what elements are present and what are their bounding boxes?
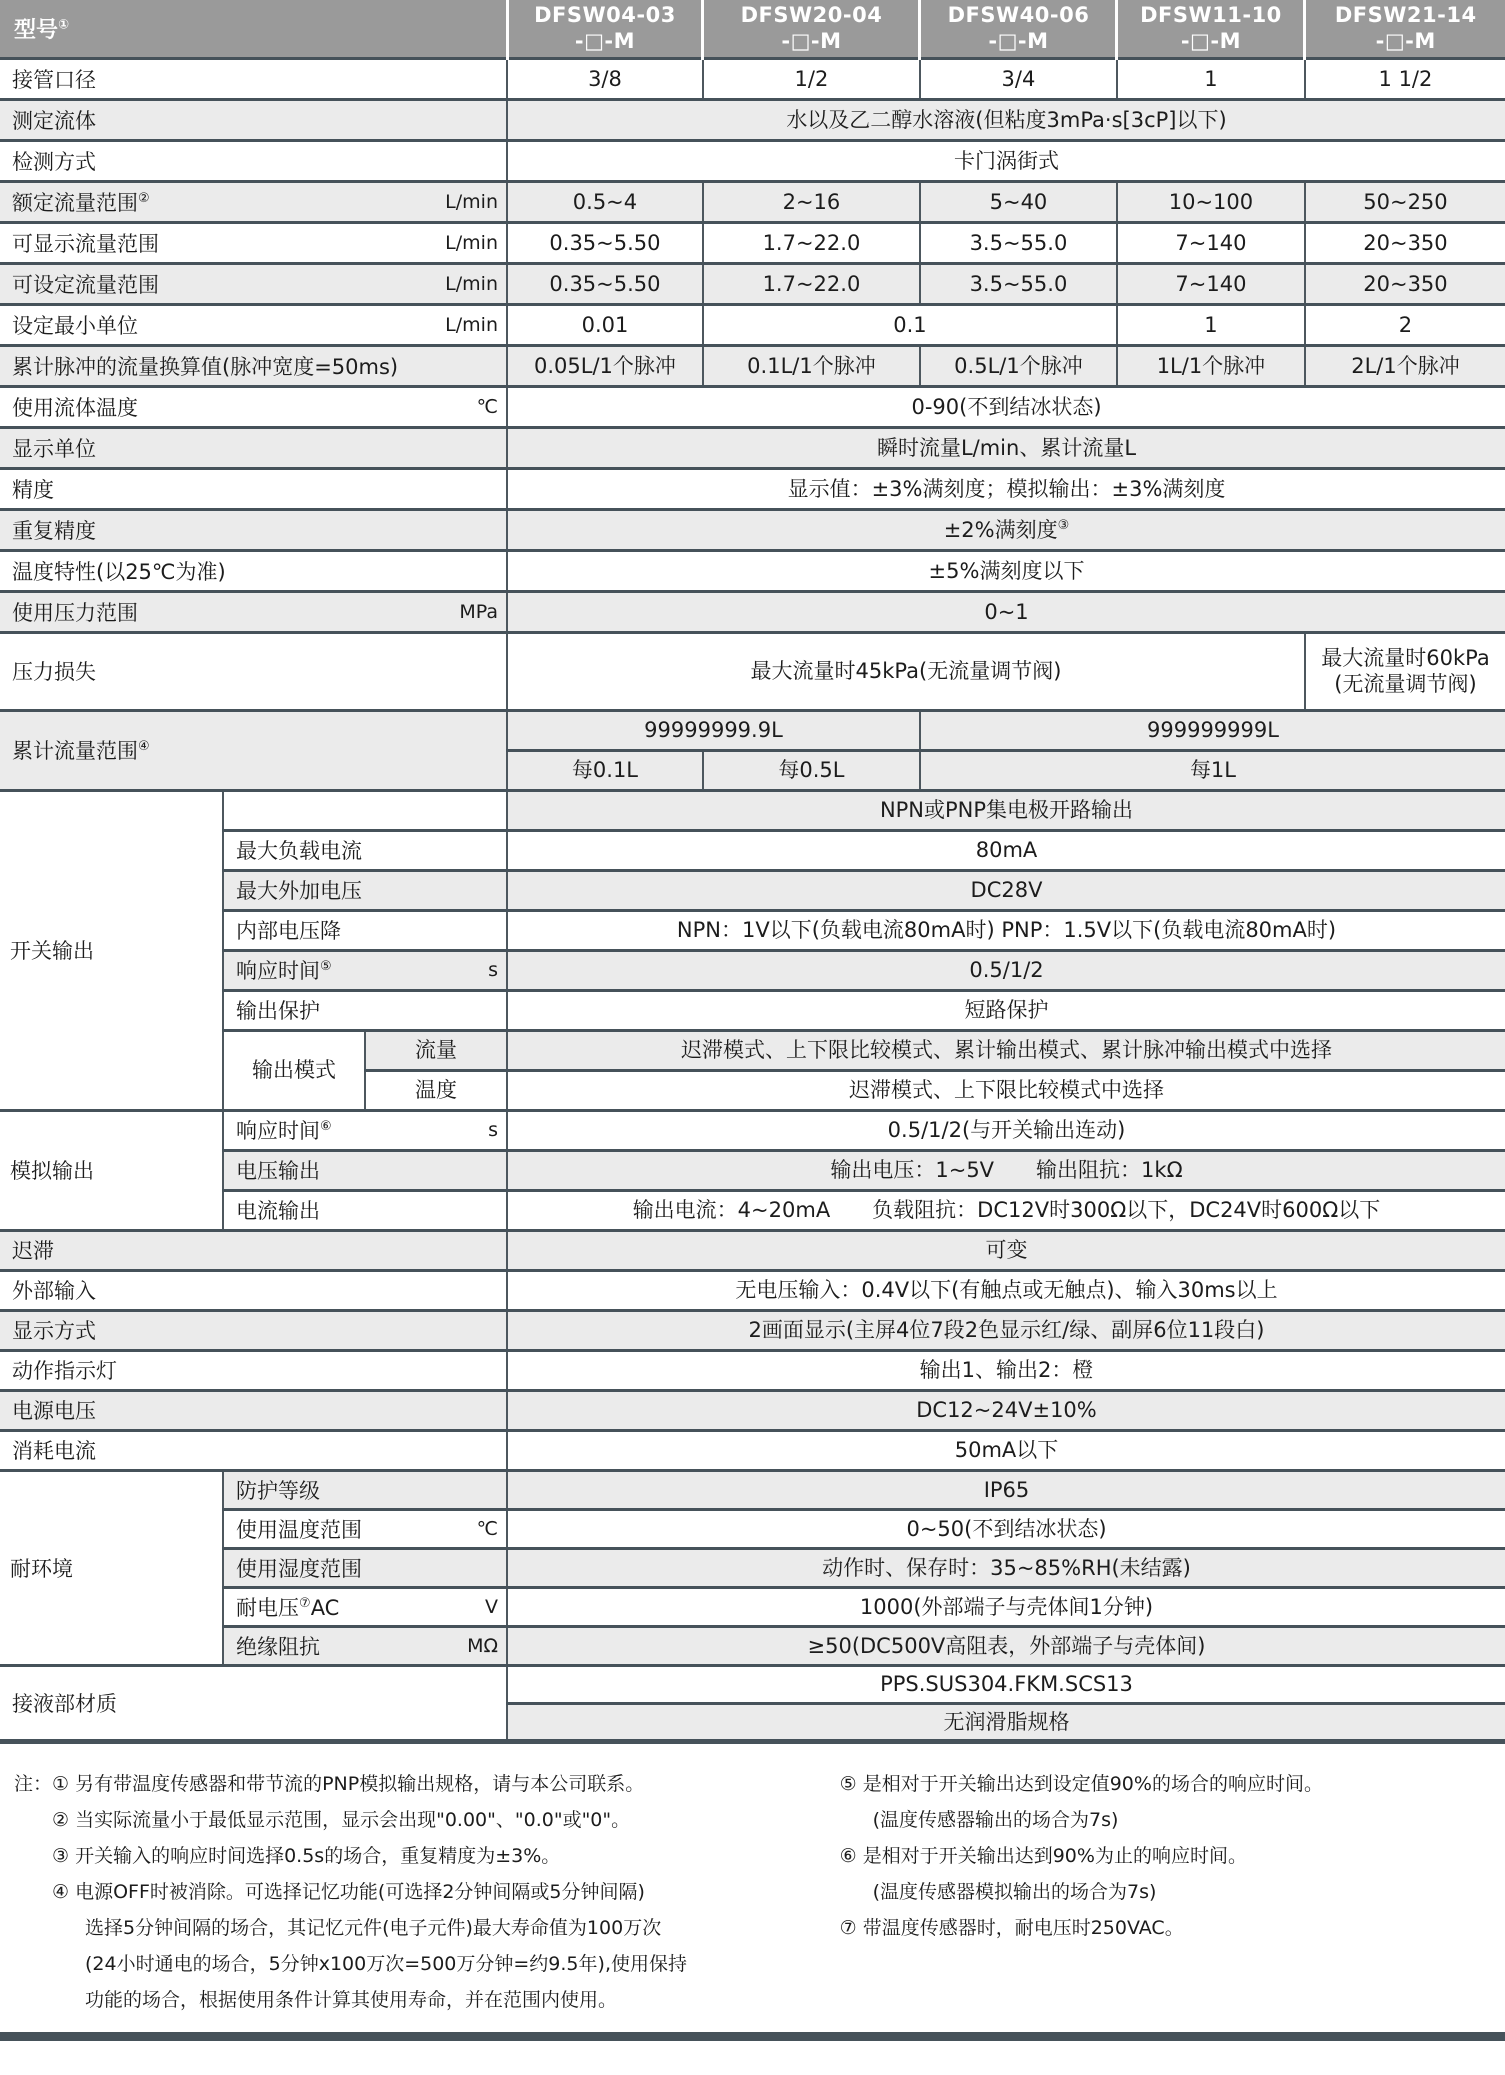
unit-label: L/min — [445, 273, 498, 295]
cell-main-text: ±5%满刻度以下 — [929, 559, 1085, 583]
cell-main-text: ±2%满刻度 — [944, 518, 1058, 542]
cell-main-text: 累计流量范围 — [12, 739, 138, 763]
footnote-item: ④ 电源OFF时被消除。可选择记忆功能(可选择2分钟间隔或5分钟间隔)选择5分钟… — [52, 1874, 798, 2018]
cell-content: 0.5/1/2(与开关输出连动) — [888, 1118, 1126, 1142]
cell-content: 2L/1个脉冲 — [1351, 354, 1460, 378]
cell-content: 检测方式 — [0, 146, 506, 176]
footnote-line: ④ 电源OFF时被消除。可选择记忆功能(可选择2分钟间隔或5分钟间隔) — [52, 1874, 798, 1910]
cell-text: 2L/1个脉冲 — [1351, 354, 1460, 378]
cell-content: 使用流体温度℃ — [0, 392, 506, 422]
row-label: 使用压力范围MPa — [0, 591, 507, 632]
footnote-text: 电源OFF时被消除。可选择记忆功能(可选择2分钟间隔或5分钟间隔) — [75, 1881, 645, 1903]
footnote-ref: ① — [58, 17, 69, 32]
footnote-item: ③ 开关输入的响应时间选择0.5s的场合，重复精度为±3%。 — [52, 1838, 798, 1874]
cell-text: 模拟输出 — [10, 1159, 94, 1183]
table-row: 累计脉冲的流量换算值(脉冲宽度=50ms)0.05L/1个脉冲0.1L/1个脉冲… — [0, 345, 1505, 386]
cell-main-text: 流量 — [415, 1038, 457, 1062]
model-suffix: -□-M — [1118, 28, 1303, 54]
cell-content: 1/2 — [795, 67, 829, 91]
cell-text: 2 — [1399, 313, 1412, 337]
cell-main-text: 精度 — [12, 478, 54, 502]
model-suffix: -□-M — [509, 28, 702, 54]
cell-main-text: 每1L — [1190, 758, 1236, 782]
table-row: 迟滞可变 — [0, 1230, 1505, 1270]
cell-content: 输出模式 — [252, 1058, 336, 1082]
cell-text: 每1L — [1190, 758, 1236, 782]
cell-main-text: 额定流量范围 — [12, 191, 138, 215]
cell-text: 开关输出 — [10, 939, 94, 963]
cell-main-text: 0.05L/1个脉冲 — [534, 354, 676, 378]
footnote-line: ⑦ 带温度传感器时，耐电压时250VAC。 — [840, 1910, 1505, 1946]
cell-text: 20~350 — [1363, 231, 1447, 255]
cell-text: 输出模式 — [252, 1058, 336, 1082]
spec-value: 50mA以下 — [507, 1430, 1505, 1470]
cell-text: 50mA以下 — [955, 1438, 1059, 1462]
spec-value: 5~40 — [920, 181, 1117, 222]
model-column-header: DFSW11-10-□-M — [1117, 0, 1305, 58]
cell-main-text: 压力损失 — [12, 660, 96, 684]
cell-main-text: IP65 — [984, 1478, 1030, 1502]
cell-content: 1 1/2 — [1379, 67, 1433, 91]
cell-main-text: DC28V — [971, 878, 1043, 902]
row-label: 外部输入 — [0, 1270, 507, 1310]
cell-content: 1.7~22.0 — [763, 231, 861, 255]
spec-value: 7~140 — [1117, 222, 1305, 263]
cell-content: 显示方式 — [0, 1315, 506, 1345]
spec-value: 输出电流：4~20mA 负载阻抗：DC12V时300Ω以下，DC24V时600Ω… — [507, 1190, 1505, 1230]
cell-text: 可变 — [986, 1238, 1028, 1262]
table-row: 外部输入无电压输入：0.4V以下(有触点或无触点)、输入30ms以上 — [0, 1270, 1505, 1310]
spec-value: 2画面显示(主屏4位7段2色显示红/绿、副屏6位11段白) — [507, 1310, 1505, 1350]
cell-content: 80mA — [976, 838, 1038, 862]
spec-value: 3/4 — [920, 58, 1117, 99]
table-row: 输出模式流量迟滞模式、上下限比较模式、累计输出模式、累计脉冲输出模式中选择 — [0, 1030, 1505, 1070]
spec-value: 无电压输入：0.4V以下(有触点或无触点)、输入30ms以上 — [507, 1270, 1505, 1310]
cell-text: 无润滑脂规格 — [944, 1710, 1070, 1734]
cell-content: 开关输出 — [0, 935, 222, 965]
cell-main-text: 99999999.9L — [644, 718, 783, 742]
cell-text: 可设定流量范围 — [12, 269, 159, 299]
cell-content: 3/8 — [588, 67, 622, 91]
cell-main-text: 输出电流：4~20mA 负载阻抗：DC12V时300Ω以下，DC24V时600Ω… — [633, 1198, 1381, 1222]
cell-main-text: 迟滞模式、上下限比较模式、累计输出模式、累计脉冲输出模式中选择 — [681, 1038, 1332, 1062]
row-label: 压力损失 — [0, 632, 507, 710]
table-row: 内部电压降NPN：1V以下(负载电流80mA时) PNP：1.5V以下(负载电流… — [0, 910, 1505, 950]
section-label: 开关输出 — [0, 790, 223, 1110]
cell-main-text: 接管口径 — [12, 68, 96, 92]
unit-label: ℃ — [477, 396, 498, 418]
footnote-text: (24小时通电的场合，5分钟x100万次=500万分钟=约9.5年),使用保持 — [52, 1946, 798, 1982]
cell-content: 电压输出 — [224, 1155, 506, 1185]
footnote-ref: ⑤ — [320, 959, 332, 974]
cell-content: 2 — [1399, 313, 1412, 337]
footnote-item: ⑥ 是相对于开关输出达到90%为止的响应时间。(温度传感器模拟输出的场合为7s) — [840, 1838, 1505, 1910]
table-row: 绝缘阻抗MΩ≥50(DC500V高阻表，外部端子与壳体间) — [0, 1626, 1505, 1665]
row-label: 测定流体 — [0, 99, 507, 140]
table-row: 额定流量范围②L/min0.5~42~165~4010~10050~250 — [0, 181, 1505, 222]
cell-text: PPS.SUS304.FKM.SCS13 — [880, 1672, 1133, 1696]
cell-text: 0.1 — [893, 313, 926, 337]
cell-content: NPN：1V以下(负载电流80mA时) PNP：1.5V以下(负载电流80mA时… — [677, 918, 1336, 942]
cell-main-text: 耐环境 — [10, 1557, 73, 1581]
cell-content: 0.5~4 — [573, 190, 637, 214]
table-row: 最大外加电压DC28V — [0, 870, 1505, 910]
cell-content: 20~350 — [1363, 231, 1447, 255]
table-row: 接液部材质PPS.SUS304.FKM.SCS13 — [0, 1665, 1505, 1703]
cell-text: 1 — [1204, 67, 1217, 91]
cell-content: 可设定流量范围L/min — [0, 269, 506, 299]
cell-text: 动作时、保存时：35~85%RH(未结露) — [822, 1556, 1191, 1580]
notes-prefix: 注： — [0, 1766, 52, 2018]
cell-line: 最大流量时60kPa — [1306, 645, 1505, 671]
footnote-item: ⑤ 是相对于开关输出达到设定值90%的场合的响应时间。(温度传感器输出的场合为7… — [840, 1766, 1505, 1838]
cell-main-text: 1 — [1204, 313, 1217, 337]
spec-value: 无润滑脂规格 — [507, 1703, 1505, 1741]
cell-text: 设定最小单位 — [12, 310, 138, 340]
cell-main-text: 10~100 — [1169, 190, 1253, 214]
cell-text: 温度 — [415, 1078, 457, 1102]
cell-main-text: 累计脉冲的流量换算值(脉冲宽度=50ms) — [12, 355, 398, 379]
row-label: 耐电压⑦ACV — [223, 1587, 507, 1626]
cell-main-text: 显示单位 — [12, 437, 96, 461]
row-label: 累计脉冲的流量换算值(脉冲宽度=50ms) — [0, 345, 507, 386]
spec-value: 1000(外部端子与壳体间1分钟) — [507, 1587, 1505, 1626]
cell-content: 响应时间⑤s — [224, 955, 506, 985]
spec-value: 10~100 — [1117, 181, 1305, 222]
table-row: 耐环境防护等级IP65 — [0, 1470, 1505, 1509]
cell-main-text: 1L/1个脉冲 — [1157, 354, 1266, 378]
cell-text: 3/4 — [1002, 67, 1036, 91]
cell-content: 动作指示灯 — [0, 1355, 506, 1385]
cell-main-text: 瞬时流量L/min、累计流量L — [877, 436, 1136, 460]
row-label: 输出保护 — [223, 990, 507, 1030]
cell-text: 卡门涡街式 — [954, 149, 1059, 173]
cell-text: 0.05L/1个脉冲 — [534, 354, 676, 378]
footnote-ref: ④ — [138, 739, 150, 754]
cell-content: 最大流量时60kPa(无流量调节阀) — [1306, 645, 1505, 697]
footnote-text: (温度传感器模拟输出的场合为7s) — [840, 1874, 1505, 1910]
row-label: 消耗电流 — [0, 1430, 507, 1470]
cell-text: 1L/1个脉冲 — [1157, 354, 1266, 378]
cell-main-text: 电流输出 — [236, 1199, 320, 1223]
cell-content: 测定流体 — [0, 105, 506, 135]
cell-text: 最大外加电压 — [236, 879, 362, 903]
table-row: 动作指示灯输出1、输出2：橙 — [0, 1350, 1505, 1390]
cell-text: 1 — [1204, 313, 1217, 337]
table-row: 开关输出NPN或PNP集电极开路输出 — [0, 790, 1505, 830]
cell-content: 3/4 — [1002, 67, 1036, 91]
cell-content: 迟滞模式、上下限比较模式中选择 — [849, 1078, 1164, 1102]
table-row: 接管口径3/81/23/411 1/2 — [0, 58, 1505, 99]
cell-text: 瞬时流量L/min、累计流量L — [877, 436, 1136, 460]
cell-text: 最大流量时60kPa(无流量调节阀) — [1306, 645, 1505, 697]
spec-value: 1L/1个脉冲 — [1117, 345, 1305, 386]
cell-content: 外部输入 — [0, 1275, 506, 1305]
cell-main-text: 50~250 — [1363, 190, 1447, 214]
cell-content: 输出保护 — [224, 995, 506, 1025]
cell-content: 迟滞 — [0, 1235, 506, 1265]
cell-main-text: 绝缘阻抗 — [236, 1635, 320, 1659]
cell-text: 10~100 — [1169, 190, 1253, 214]
footnote-item: ② 当实际流量小于最低显示范围，显示会出现"0.00"、"0.0"或"0"。 — [52, 1802, 798, 1838]
row-label: 电压输出 — [223, 1150, 507, 1190]
cell-content: 无电压输入：0.4V以下(有触点或无触点)、输入30ms以上 — [735, 1278, 1277, 1302]
footnote-text: (温度传感器输出的场合为7s) — [840, 1802, 1505, 1838]
cell-content: DC28V — [971, 878, 1043, 902]
section-label: 耐环境 — [0, 1470, 223, 1665]
cell-content: 输出电压：1~5V 输出阻抗：1kΩ — [830, 1158, 1182, 1182]
cell-main-text: 3.5~55.0 — [970, 272, 1068, 296]
cell-content: DC12~24V±10% — [916, 1398, 1097, 1422]
spec-value: 动作时、保存时：35~85%RH(未结露) — [507, 1548, 1505, 1587]
footnote-text: 选择5分钟间隔的场合，其记忆元件(电子元件)最大寿命值为100万次 — [52, 1910, 798, 1946]
footnote-marker: ① — [52, 1773, 75, 1795]
cell-main-text: 可设定流量范围 — [12, 273, 159, 297]
cell-text: 0~1 — [984, 600, 1028, 624]
spec-value: 迟滞模式、上下限比较模式、累计输出模式、累计脉冲输出模式中选择 — [507, 1030, 1505, 1070]
cell-main-text: 电压输出 — [236, 1159, 320, 1183]
table-row: 检测方式卡门涡街式 — [0, 140, 1505, 181]
footnote-line: ① 另有带温度传感器和带节流的PNP模拟输出规格，请与本公司联系。 — [52, 1766, 798, 1802]
footnote-text: 开关输入的响应时间选择0.5s的场合，重复精度为±3%。 — [75, 1845, 560, 1867]
cell-content: 压力损失 — [0, 656, 506, 686]
table-row: 累计流量范围④99999999.9L999999999L — [0, 710, 1505, 750]
table-row: 使用温度范围℃0~50(不到结冰状态) — [0, 1509, 1505, 1548]
table-row: 温度特性(以25℃为准)±5%满刻度以下 — [0, 550, 1505, 591]
cell-main-text: 无电压输入：0.4V以下(有触点或无触点)、输入30ms以上 — [735, 1278, 1277, 1302]
spec-value: 0.1 — [703, 304, 1117, 345]
cell-main-text: 2画面显示(主屏4位7段2色显示红/绿、副屏6位11段白) — [749, 1318, 1265, 1342]
cell-content: NPN或PNP集电极开路输出 — [880, 798, 1133, 822]
cell-content: 内部电压降 — [224, 915, 506, 945]
cell-main-text: 0.1L/1个脉冲 — [747, 354, 876, 378]
spec-value: 0.1L/1个脉冲 — [703, 345, 920, 386]
cell-text: 累计流量范围④ — [12, 739, 150, 763]
spec-value: 3.5~55.0 — [920, 222, 1117, 263]
cell-text: 温度特性(以25℃为准) — [12, 560, 226, 584]
cell-content: 0.1 — [893, 313, 926, 337]
cell-text: 电压输出 — [236, 1159, 320, 1183]
cell-content: 重复精度 — [0, 515, 506, 545]
row-label: 精度 — [0, 468, 507, 509]
cell-text: 999999999L — [1147, 718, 1279, 742]
footnote-item: ① 另有带温度传感器和带节流的PNP模拟输出规格，请与本公司联系。 — [52, 1766, 798, 1802]
cell-content: 0.05L/1个脉冲 — [534, 354, 676, 378]
unit-label: V — [485, 1596, 498, 1618]
cell-content: 流量 — [415, 1038, 457, 1062]
footnote-ref: ② — [138, 191, 150, 206]
spec-value: 0.35~5.50 — [507, 263, 703, 304]
cell-main-text: PPS.SUS304.FKM.SCS13 — [880, 1672, 1133, 1696]
spec-value: 2 — [1305, 304, 1505, 345]
cell-content: 999999999L — [1147, 718, 1279, 742]
row-label: 电流输出 — [223, 1190, 507, 1230]
spec-value: 20~350 — [1305, 263, 1505, 304]
cell-text: 1000(外部端子与壳体间1分钟) — [860, 1595, 1153, 1619]
cell-content: 1 — [1204, 67, 1217, 91]
cell-content: 可显示流量范围L/min — [0, 228, 506, 258]
row-label: 迟滞 — [0, 1230, 507, 1270]
cell-content: 50mA以下 — [955, 1438, 1059, 1462]
cell-main-text: 1000(外部端子与壳体间1分钟) — [860, 1595, 1153, 1619]
cell-content: 累计流量范围④ — [0, 735, 506, 765]
row-label: 最大外加电压 — [223, 870, 507, 910]
spec-value: 输出电压：1~5V 输出阻抗：1kΩ — [507, 1150, 1505, 1190]
row-label: 电源电压 — [0, 1390, 507, 1430]
cell-main-text: 5~40 — [990, 190, 1048, 214]
cell-content: 温度 — [415, 1078, 457, 1102]
cell-content: 0.35~5.50 — [549, 231, 660, 255]
spec-value: 1.7~22.0 — [703, 222, 920, 263]
footnote-ref: ⑦ — [299, 1596, 311, 1611]
spec-sheet-page: 型号①DFSW04-03-□-MDFSW20-04-□-MDFSW40-06-□… — [0, 0, 1505, 2075]
footnote-marker: ③ — [52, 1845, 75, 1867]
cell-content: PPS.SUS304.FKM.SCS13 — [880, 1672, 1133, 1696]
spec-value: 0.01 — [507, 304, 703, 345]
row-label: 重复精度 — [0, 509, 507, 550]
cell-content: 0.35~5.50 — [549, 272, 660, 296]
footnote-marker: ④ — [52, 1881, 75, 1903]
cell-content: ±5%满刻度以下 — [929, 559, 1085, 583]
cell-main-text: 0.1 — [893, 313, 926, 337]
cell-text: NPN：1V以下(负载电流80mA时) PNP：1.5V以下(负载电流80mA时… — [677, 918, 1336, 942]
unit-label: ℃ — [477, 1518, 498, 1540]
table-row: 使用湿度范围动作时、保存时：35~85%RH(未结露) — [0, 1548, 1505, 1587]
footnotes-left-column: 注： ① 另有带温度传感器和带节流的PNP模拟输出规格，请与本公司联系。② 当实… — [0, 1766, 798, 2018]
cell-content: 输出1、输出2：橙 — [920, 1358, 1094, 1382]
cell-text: 0.1L/1个脉冲 — [747, 354, 876, 378]
cell-content: IP65 — [984, 1478, 1030, 1502]
spec-value: 每1L — [920, 750, 1505, 790]
spec-value: 0-90(不到结冰状态) — [507, 386, 1505, 427]
cell-content: 0.1L/1个脉冲 — [747, 354, 876, 378]
cell-text: 防护等级 — [236, 1479, 320, 1503]
cell-main-text: 0.5/1/2(与开关输出连动) — [888, 1118, 1126, 1142]
cell-text: 0-90(不到结冰状态) — [911, 395, 1101, 419]
cell-main-text: 0.35~5.50 — [549, 231, 660, 255]
cell-main-text: 无润滑脂规格 — [944, 1710, 1070, 1734]
cell-text: 耐环境 — [10, 1557, 73, 1581]
footnote-marker: ⑦ — [840, 1917, 863, 1939]
cell-text: 累计脉冲的流量换算值(脉冲宽度=50ms) — [12, 355, 398, 379]
footnote-text: 是相对于开关输出达到设定值90%的场合的响应时间。 — [863, 1773, 1323, 1795]
cell-main-text: 可显示流量范围 — [12, 232, 159, 256]
table-row: 电源电压DC12~24V±10% — [0, 1390, 1505, 1430]
cell-text: 检测方式 — [12, 150, 96, 174]
cell-content: 50~250 — [1363, 190, 1447, 214]
cell-content: 接管口径 — [0, 64, 506, 94]
cell-text: 3.5~55.0 — [970, 231, 1068, 255]
spec-value: 0.5/1/2 — [507, 950, 1505, 990]
table-row: 电流输出输出电流：4~20mA 负载阻抗：DC12V时300Ω以下，DC24V时… — [0, 1190, 1505, 1230]
cell-main-text: NPN或PNP集电极开路输出 — [880, 798, 1133, 822]
spec-value: 0.05L/1个脉冲 — [507, 345, 703, 386]
model-name: DFSW11-10 — [1118, 2, 1303, 28]
table-row: 显示方式2画面显示(主屏4位7段2色显示红/绿、副屏6位11段白) — [0, 1310, 1505, 1350]
cell-text: 3/8 — [588, 67, 622, 91]
cell-main-text: 最大负载电流 — [236, 839, 362, 863]
table-row: 耐电压⑦ACV1000(外部端子与壳体间1分钟) — [0, 1587, 1505, 1626]
cell-main-text: 3.5~55.0 — [970, 231, 1068, 255]
cell-main-text: 7~140 — [1175, 231, 1246, 255]
row-label: 接管口径 — [0, 58, 507, 99]
cell-main-text: 防护等级 — [236, 1479, 320, 1503]
row-label: 检测方式 — [0, 140, 507, 181]
cell-main-text: 响应时间 — [236, 959, 320, 983]
cell-content: 水以及乙二醇水溶液(但粘度3mPa·s[3cP]以下) — [786, 108, 1226, 132]
cell-main-text: 电源电压 — [12, 1399, 96, 1423]
model-column-header: DFSW21-14-□-M — [1305, 0, 1505, 58]
cell-text: 动作指示灯 — [12, 1359, 117, 1383]
cell-content: 每0.1L — [572, 758, 638, 782]
spec-value: 7~140 — [1117, 263, 1305, 304]
cell-main-text: 0-90(不到结冰状态) — [911, 395, 1101, 419]
cell-text: 内部电压降 — [236, 919, 341, 943]
footnote-ref: ⑥ — [320, 1119, 332, 1134]
cell-text: 20~350 — [1363, 272, 1447, 296]
row-label: 累计流量范围④ — [0, 710, 507, 790]
cell-text: 压力损失 — [12, 660, 96, 684]
cell-main-text: 输出电压：1~5V 输出阻抗：1kΩ — [830, 1158, 1182, 1182]
spec-value: 0.35~5.50 — [507, 222, 703, 263]
cell-main-text: 0.5~4 — [573, 190, 637, 214]
cell-main-text: 迟滞模式、上下限比较模式中选择 — [849, 1078, 1164, 1102]
cell-content: 3.5~55.0 — [970, 231, 1068, 255]
cell-content: 1.7~22.0 — [763, 272, 861, 296]
cell-content: 最大负载电流 — [224, 835, 506, 865]
table-row: 响应时间⑤s0.5/1/2 — [0, 950, 1505, 990]
cell-content: 累计脉冲的流量换算值(脉冲宽度=50ms) — [0, 351, 506, 381]
table-row: 模拟输出响应时间⑥s0.5/1/2(与开关输出连动) — [0, 1110, 1505, 1150]
cell-text: NPN或PNP集电极开路输出 — [880, 798, 1133, 822]
cell-content: 0.5L/1个脉冲 — [954, 354, 1083, 378]
cell-main-text: 0.01 — [582, 313, 629, 337]
cell-text: 2画面显示(主屏4位7段2色显示红/绿、副屏6位11段白) — [749, 1318, 1265, 1342]
cell-text: 迟滞模式、上下限比较模式中选择 — [849, 1078, 1164, 1102]
spec-value: 0~1 — [507, 591, 1505, 632]
footnote-ref: ③ — [1058, 518, 1070, 533]
cell-main-text: 短路保护 — [965, 998, 1049, 1022]
cell-content: 0.5/1/2 — [969, 958, 1043, 982]
cell-content: 5~40 — [990, 190, 1048, 214]
row-label: 动作指示灯 — [0, 1350, 507, 1390]
model-suffix: -□-M — [921, 28, 1115, 54]
cell-text: 绝缘阻抗 — [236, 1631, 320, 1661]
table-row: 测定流体水以及乙二醇水溶液(但粘度3mPa·s[3cP]以下) — [0, 99, 1505, 140]
cell-main-text: 消耗电流 — [12, 1439, 96, 1463]
cell-main-text: 20~350 — [1363, 231, 1447, 255]
footnotes: 注： ① 另有带温度传感器和带节流的PNP模拟输出规格，请与本公司联系。② 当实… — [0, 1766, 1505, 2018]
spec-value: 最大流量时45kPa(无流量调节阀) — [507, 632, 1305, 710]
cell-content: 20~350 — [1363, 272, 1447, 296]
spec-value: DC28V — [507, 870, 1505, 910]
cell-content: 0~1 — [984, 600, 1028, 624]
cell-main-text: 显示方式 — [12, 1319, 96, 1343]
cell-text: 7~140 — [1175, 272, 1246, 296]
cell-text: 电源电压 — [12, 1399, 96, 1423]
footnote-text: 带温度传感器时，耐电压时250VAC。 — [863, 1917, 1184, 1939]
cell-content: 电源电压 — [0, 1395, 506, 1425]
notes-left-items: ① 另有带温度传感器和带节流的PNP模拟输出规格，请与本公司联系。② 当实际流量… — [52, 1766, 798, 2018]
model-suffix: -□-M — [1306, 28, 1505, 54]
cell-main-text: 1.7~22.0 — [763, 272, 861, 296]
row-label: 温度特性(以25℃为准) — [0, 550, 507, 591]
table-row: 重复精度±2%满刻度③ — [0, 509, 1505, 550]
cell-text: 输出保护 — [236, 999, 320, 1023]
model-name: DFSW40-06 — [921, 2, 1115, 28]
row-label — [223, 790, 507, 830]
spec-value: 0.5/1/2(与开关输出连动) — [507, 1110, 1505, 1150]
